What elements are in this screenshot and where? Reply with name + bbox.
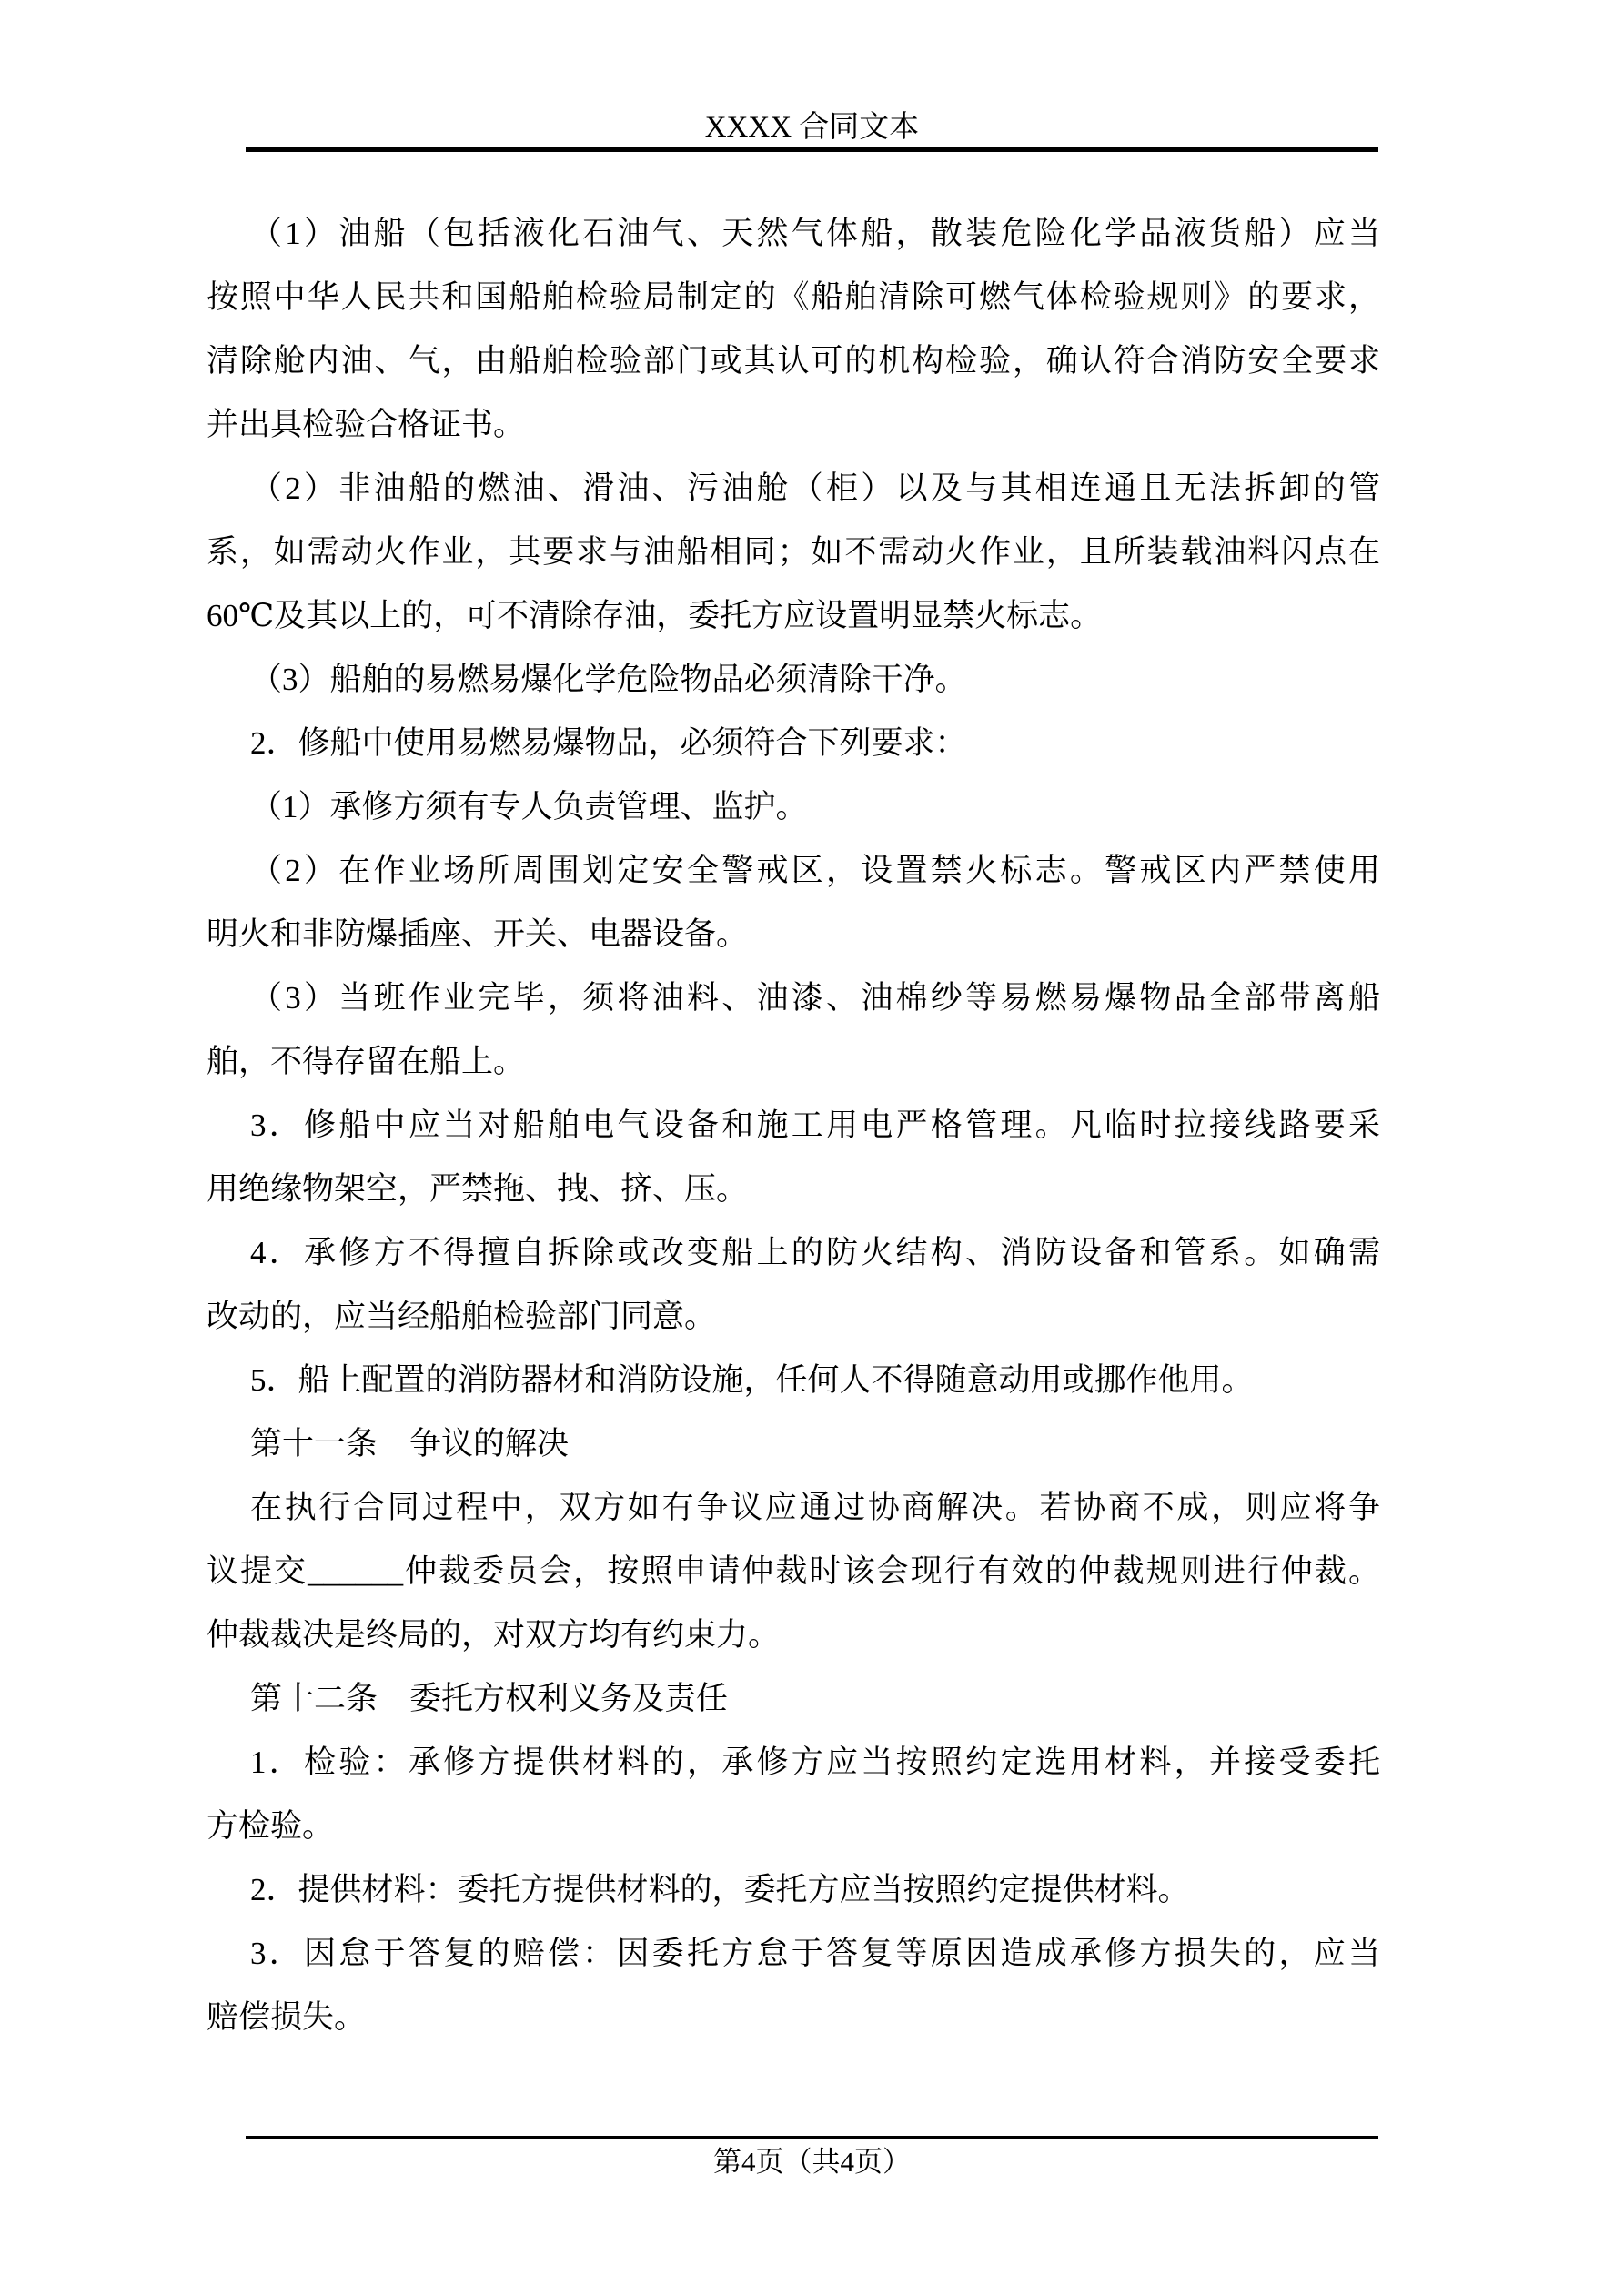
text-line: 方检验。 — [207, 1795, 1380, 1858]
text-line: 舶，不得存留在船上。 — [207, 1030, 1380, 1094]
text-line: （2）在作业场所周围划定安全警戒区，设置禁火标志。警戒区内严禁使用 — [207, 839, 1380, 903]
text-line: 明火和非防爆插座、开关、电器设备。 — [207, 903, 1380, 966]
text-line: （1）油船（包括液化石油气、天然气体船，散装危险化学品液货船）应当 — [207, 202, 1380, 266]
footer-page-number: 第4页（共4页） — [0, 2144, 1624, 2180]
text-line: 4．承修方不得擅自拆除或改变船上的防火结构、消防设备和管系。如确需 — [207, 1221, 1380, 1285]
text-line: 第十一条 争议的解决 — [207, 1412, 1380, 1476]
footer-rule — [246, 2136, 1378, 2139]
text-line: （3）当班作业完毕，须将油料、油漆、油棉纱等易燃易爆物品全部带离船 — [207, 966, 1380, 1030]
text-line: 改动的，应当经船舶检验部门同意。 — [207, 1285, 1380, 1349]
text-line: 2．修船中使用易燃易爆物品，必须符合下列要求： — [207, 712, 1380, 775]
text-line: 并出具检验合格证书。 — [207, 393, 1380, 457]
text-line: （1）承修方须有专人负责管理、监护。 — [207, 775, 1380, 839]
text-line: 用绝缘物架空，严禁拖、拽、挤、压。 — [207, 1158, 1380, 1221]
header-rule — [246, 147, 1378, 152]
text-line: 清除舱内油、气，由船舶检验部门或其认可的机构检验，确认符合消防安全要求 — [207, 329, 1380, 393]
text-line: 赔偿损失。 — [207, 1986, 1380, 2049]
text-line: （2）非油船的燃油、滑油、污油舱（柜）以及与其相连通且无法拆卸的管 — [207, 457, 1380, 521]
text-line: 在执行合同过程中，双方如有争议应通过协商解决。若协商不成，则应将争 — [207, 1476, 1380, 1540]
text-line: 按照中华人民共和国船舶检验局制定的《船舶清除可燃气体检验规则》的要求， — [207, 266, 1380, 329]
header-title: XXXX 合同文本 — [0, 107, 1624, 147]
text-line: 2．提供材料：委托方提供材料的，委托方应当按照约定提供材料。 — [207, 1858, 1380, 1922]
text-line: 1．检验：承修方提供材料的，承修方应当按照约定选用材料，并接受委托 — [207, 1731, 1380, 1795]
text-line: （3）船舶的易燃易爆化学危险物品必须清除干净。 — [207, 648, 1380, 712]
text-line: 3．因怠于答复的赔偿：因委托方怠于答复等原因造成承修方损失的，应当 — [207, 1922, 1380, 1986]
text-line: 60℃及其以上的，可不清除存油，委托方应设置明显禁火标志。 — [207, 584, 1380, 648]
contract-page: XXXX 合同文本 （1）油船（包括液化石油气、天然气体船，散装危险化学品液货船… — [0, 0, 1624, 2296]
text-line: 3．修船中应当对船舶电气设备和施工用电严格管理。凡临时拉接线路要采 — [207, 1094, 1380, 1158]
text-line: 5．船上配置的消防器材和消防设施，任何人不得随意动用或挪作他用。 — [207, 1349, 1380, 1412]
text-line: 系，如需动火作业，其要求与油船相同；如不需动火作业，且所装载油料闪点在 — [207, 521, 1380, 584]
text-line: 仲裁裁决是终局的，对双方均有约束力。 — [207, 1603, 1380, 1667]
text-line: 议提交______仲裁委员会，按照申请仲裁时该会现行有效的仲裁规则进行仲裁。 — [207, 1540, 1380, 1603]
text-line: 第十二条 委托方权利义务及责任 — [207, 1667, 1380, 1731]
document-body: （1）油船（包括液化石油气、天然气体船，散装危险化学品液货船）应当按照中华人民共… — [207, 202, 1380, 2049]
